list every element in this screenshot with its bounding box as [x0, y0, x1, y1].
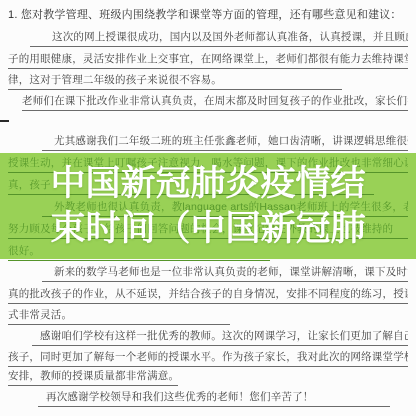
thumbnail-image: 1. 您对教学管理、班级内围绕教学和课堂等方面的管理，还有哪些意见和建议： 这次… [0, 0, 416, 416]
document-line: 真的批改孩子的作业，从不延误，并结合孩子的自身情况，安排不同程度的练习，授课方 [8, 288, 408, 304]
document-line: 这次的网上授课很成功，国内以及国外老师都认真准备，认真授课，并且顾虑孩 [30, 31, 408, 47]
document-line: 真，孩子 [8, 179, 374, 195]
document-line: 安排，教师的授课质量都非常满意。 [8, 370, 178, 386]
document-line: 子的用眼健康，灵活安排作业上交事宜，在网络课堂上，老师们都很有能力去维持课堂纪 [8, 53, 408, 69]
document-line: 式非常灵活。 [8, 309, 230, 325]
question-text: 1. 您对教学管理、班级内围绕教学和课堂等方面的管理，还有哪些意见和建议： [8, 6, 408, 22]
stray-text-mark [0, 120, 9, 122]
document-line: 律，这对于管理二年级的孩子来说很不容易。 [8, 74, 342, 90]
document-line: 老师们在课下批改作业非常认真负责，在周末都及时回复孩子的作业批改，家长们很感 [22, 95, 408, 111]
document-line: 外教老师也很认真负责，教language arts的Hassan老师班上的学生很… [42, 201, 408, 217]
document-line: 尤其感谢我们二年级二班的班主任张鑫老师，她口齿清晰，讲课逻辑思维很强， [42, 135, 408, 151]
document-line: 孩子，同时更加了解每一个老师的授课水平。作为孩子家长，我对此次的网络课堂学校的 [8, 351, 408, 367]
document-line: 新来的数学马老师也是一位非常认真负责的老师，课堂讲解清晰，课下及时认 [42, 266, 408, 282]
document-line: 努力顾及每个孩子，给孩子们回答问题的机会，课堂纪律在外教的课上也被维持的 [8, 223, 408, 239]
document-line: 再次感谢学校领导和我们这些优秀的老师！您们辛苦了！ [38, 391, 390, 407]
document-line: 感谢咱们学校有这样一批优秀的教师。这次的网课学习，让家长们更加了解自己的 [32, 330, 408, 346]
document-line: 很好。 [8, 245, 270, 261]
document-line: 授课生动，并在课堂上叮嘱孩子注意视力，喝水等问题，课下的作业批改也非常细心认 [8, 157, 408, 173]
